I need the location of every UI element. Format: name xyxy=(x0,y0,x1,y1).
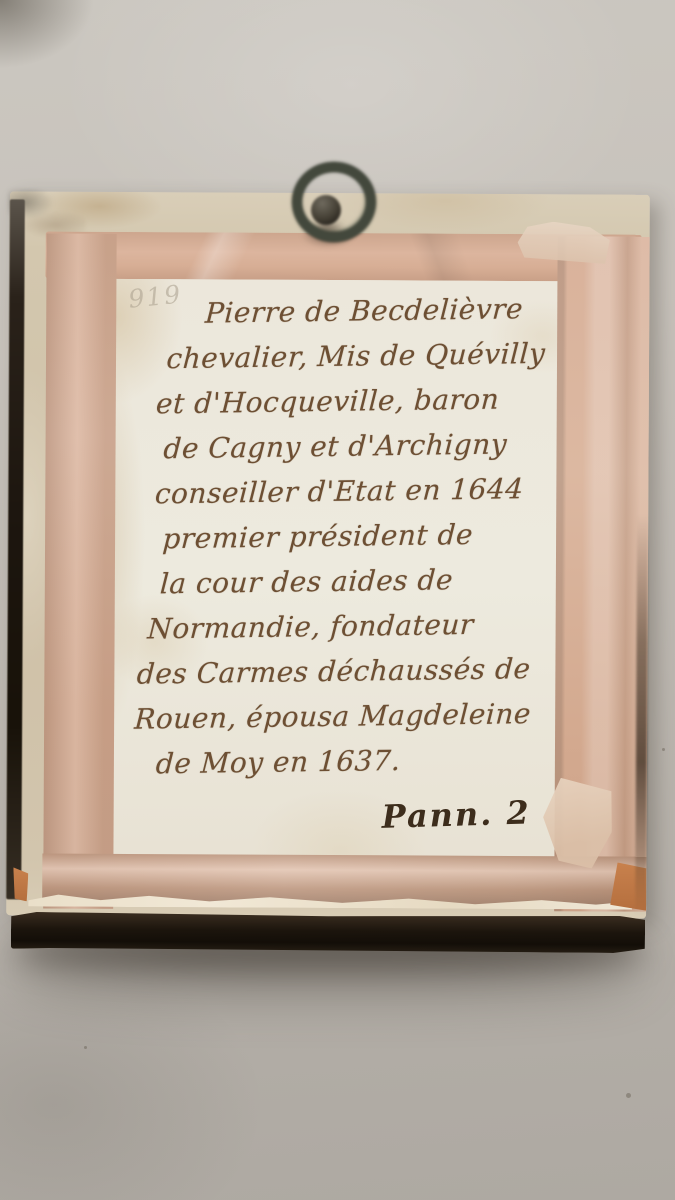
inscription-line: conseiller d'Etat en 1644 xyxy=(106,466,543,517)
inscription-line: des Carmes déchaussés de xyxy=(96,646,533,697)
inscription-line: de Moy en 1637. xyxy=(91,736,528,787)
frame-bottom-edge xyxy=(11,912,645,953)
photograph: 919 Pierre de Becdelièvre chevalier, Mis… xyxy=(0,0,675,1200)
surface-speck xyxy=(84,1046,87,1049)
ring-knob xyxy=(311,195,341,225)
exposed-wood-corner xyxy=(13,867,28,901)
frame-left-edge xyxy=(6,199,25,899)
inscription-line: chevalier, Mis de Quévilly xyxy=(113,331,550,382)
inscription-line: Normandie, fondateur xyxy=(98,601,535,652)
paper-label: 919 Pierre de Becdelièvre chevalier, Mis… xyxy=(103,276,561,858)
hanging-ring xyxy=(283,155,371,241)
kraft-tape-left xyxy=(43,234,117,909)
frame-right-edge-shadow xyxy=(635,515,648,915)
handwritten-inscription: Pierre de Becdelièvre chevalier, Mis de … xyxy=(91,286,554,788)
surface-speck xyxy=(626,1093,631,1098)
inscription-line: premier président de xyxy=(103,511,540,562)
inscription-line: et d'Hocqueville, baron xyxy=(111,376,548,427)
panel-number-annotation: Pann. 2 xyxy=(381,793,531,835)
torn-tape-flap-top-right xyxy=(517,220,611,264)
inscription-line: de Cagny et d'Archigny xyxy=(108,421,545,472)
inscription-line: Pierre de Becdelièvre xyxy=(116,286,553,337)
surface-speck xyxy=(662,748,665,751)
inscription-line: la cour des aides de xyxy=(101,556,538,607)
framed-miniature-back: 919 Pierre de Becdelièvre chevalier, Mis… xyxy=(6,191,650,918)
inscription-line: Rouen, épousa Magdeleine xyxy=(93,691,530,742)
